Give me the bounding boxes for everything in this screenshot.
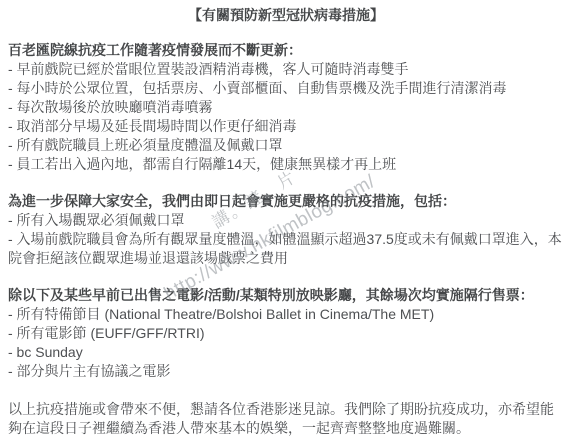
bullet-item: - 所有電影節 (EUFF/GFF/RTRI): [8, 324, 564, 343]
closing-paragraph: 以上抗疫措施或會帶來不便，懇請各位香港影迷見諒。我們除了期盼抗疫成功，亦希望能夠…: [8, 400, 564, 438]
bullet-item: - 取消部分早場及延長間場時間以作更仔細消毒: [8, 117, 564, 136]
announcement-document: 【有關預防新型冠狀病毒措施】 百老匯院線抗疫工作隨著疫情發展而不斷更新： - 早…: [0, 0, 570, 447]
bullet-item: - 早前戲院已經於當眼位置裝設酒精消毒機，客人可隨時消毒雙手: [8, 60, 564, 79]
section-ticketing-exceptions: 除以下及某些早前已出售之電影/活動/某類特別放映影廳，其餘場次均實施隔行售票： …: [8, 286, 564, 381]
bullet-item: - 部分與片主有協議之電影: [8, 362, 564, 381]
section-heading: 為進一步保障大家安全，我們由即日起會實施更嚴格的抗疫措施，包括：: [8, 192, 564, 211]
section-heading: 除以下及某些早前已出售之電影/活動/某類特別放映影廳，其餘場次均實施隔行售票：: [8, 286, 564, 305]
bullet-item: - 員工若出入過內地，都需自行隔離14天，健康無異樣才再上班: [8, 155, 564, 174]
document-content: 【有關預防新型冠狀病毒措施】 百老匯院線抗疫工作隨著疫情發展而不斷更新： - 早…: [0, 0, 570, 438]
section-strict-measures: 為進一步保障大家安全，我們由即日起會實施更嚴格的抗疫措施，包括： - 所有入場觀…: [8, 192, 564, 268]
section-update-measures: 百老匯院線抗疫工作隨著疫情發展而不斷更新： - 早前戲院已經於當眼位置裝設酒精消…: [8, 41, 564, 174]
bullet-item: - 每次散場後於放映廳噴消毒噴霧: [8, 98, 564, 117]
bullet-item: - 所有戲院職員上班必須量度體溫及佩戴口罩: [8, 136, 564, 155]
page-title: 【有關預防新型冠狀病毒措施】: [8, 6, 564, 25]
bullet-item: - 所有特備節目 (National Theatre/Bolshoi Balle…: [8, 305, 564, 324]
bullet-item: - bc Sunday: [8, 343, 564, 362]
bullet-item: - 入場前戲院職員會為所有觀眾量度體溫，如體溫顯示超過37.5度或未有佩戴口罩進…: [8, 230, 564, 268]
bullet-item: - 每小時於公眾位置，包括票房、小賣部櫃面、自動售票機及洗手間進行清潔消毒: [8, 79, 564, 98]
bullet-item: - 所有入場觀眾必須佩戴口罩: [8, 211, 564, 230]
section-heading: 百老匯院線抗疫工作隨著疫情發展而不斷更新：: [8, 41, 564, 60]
